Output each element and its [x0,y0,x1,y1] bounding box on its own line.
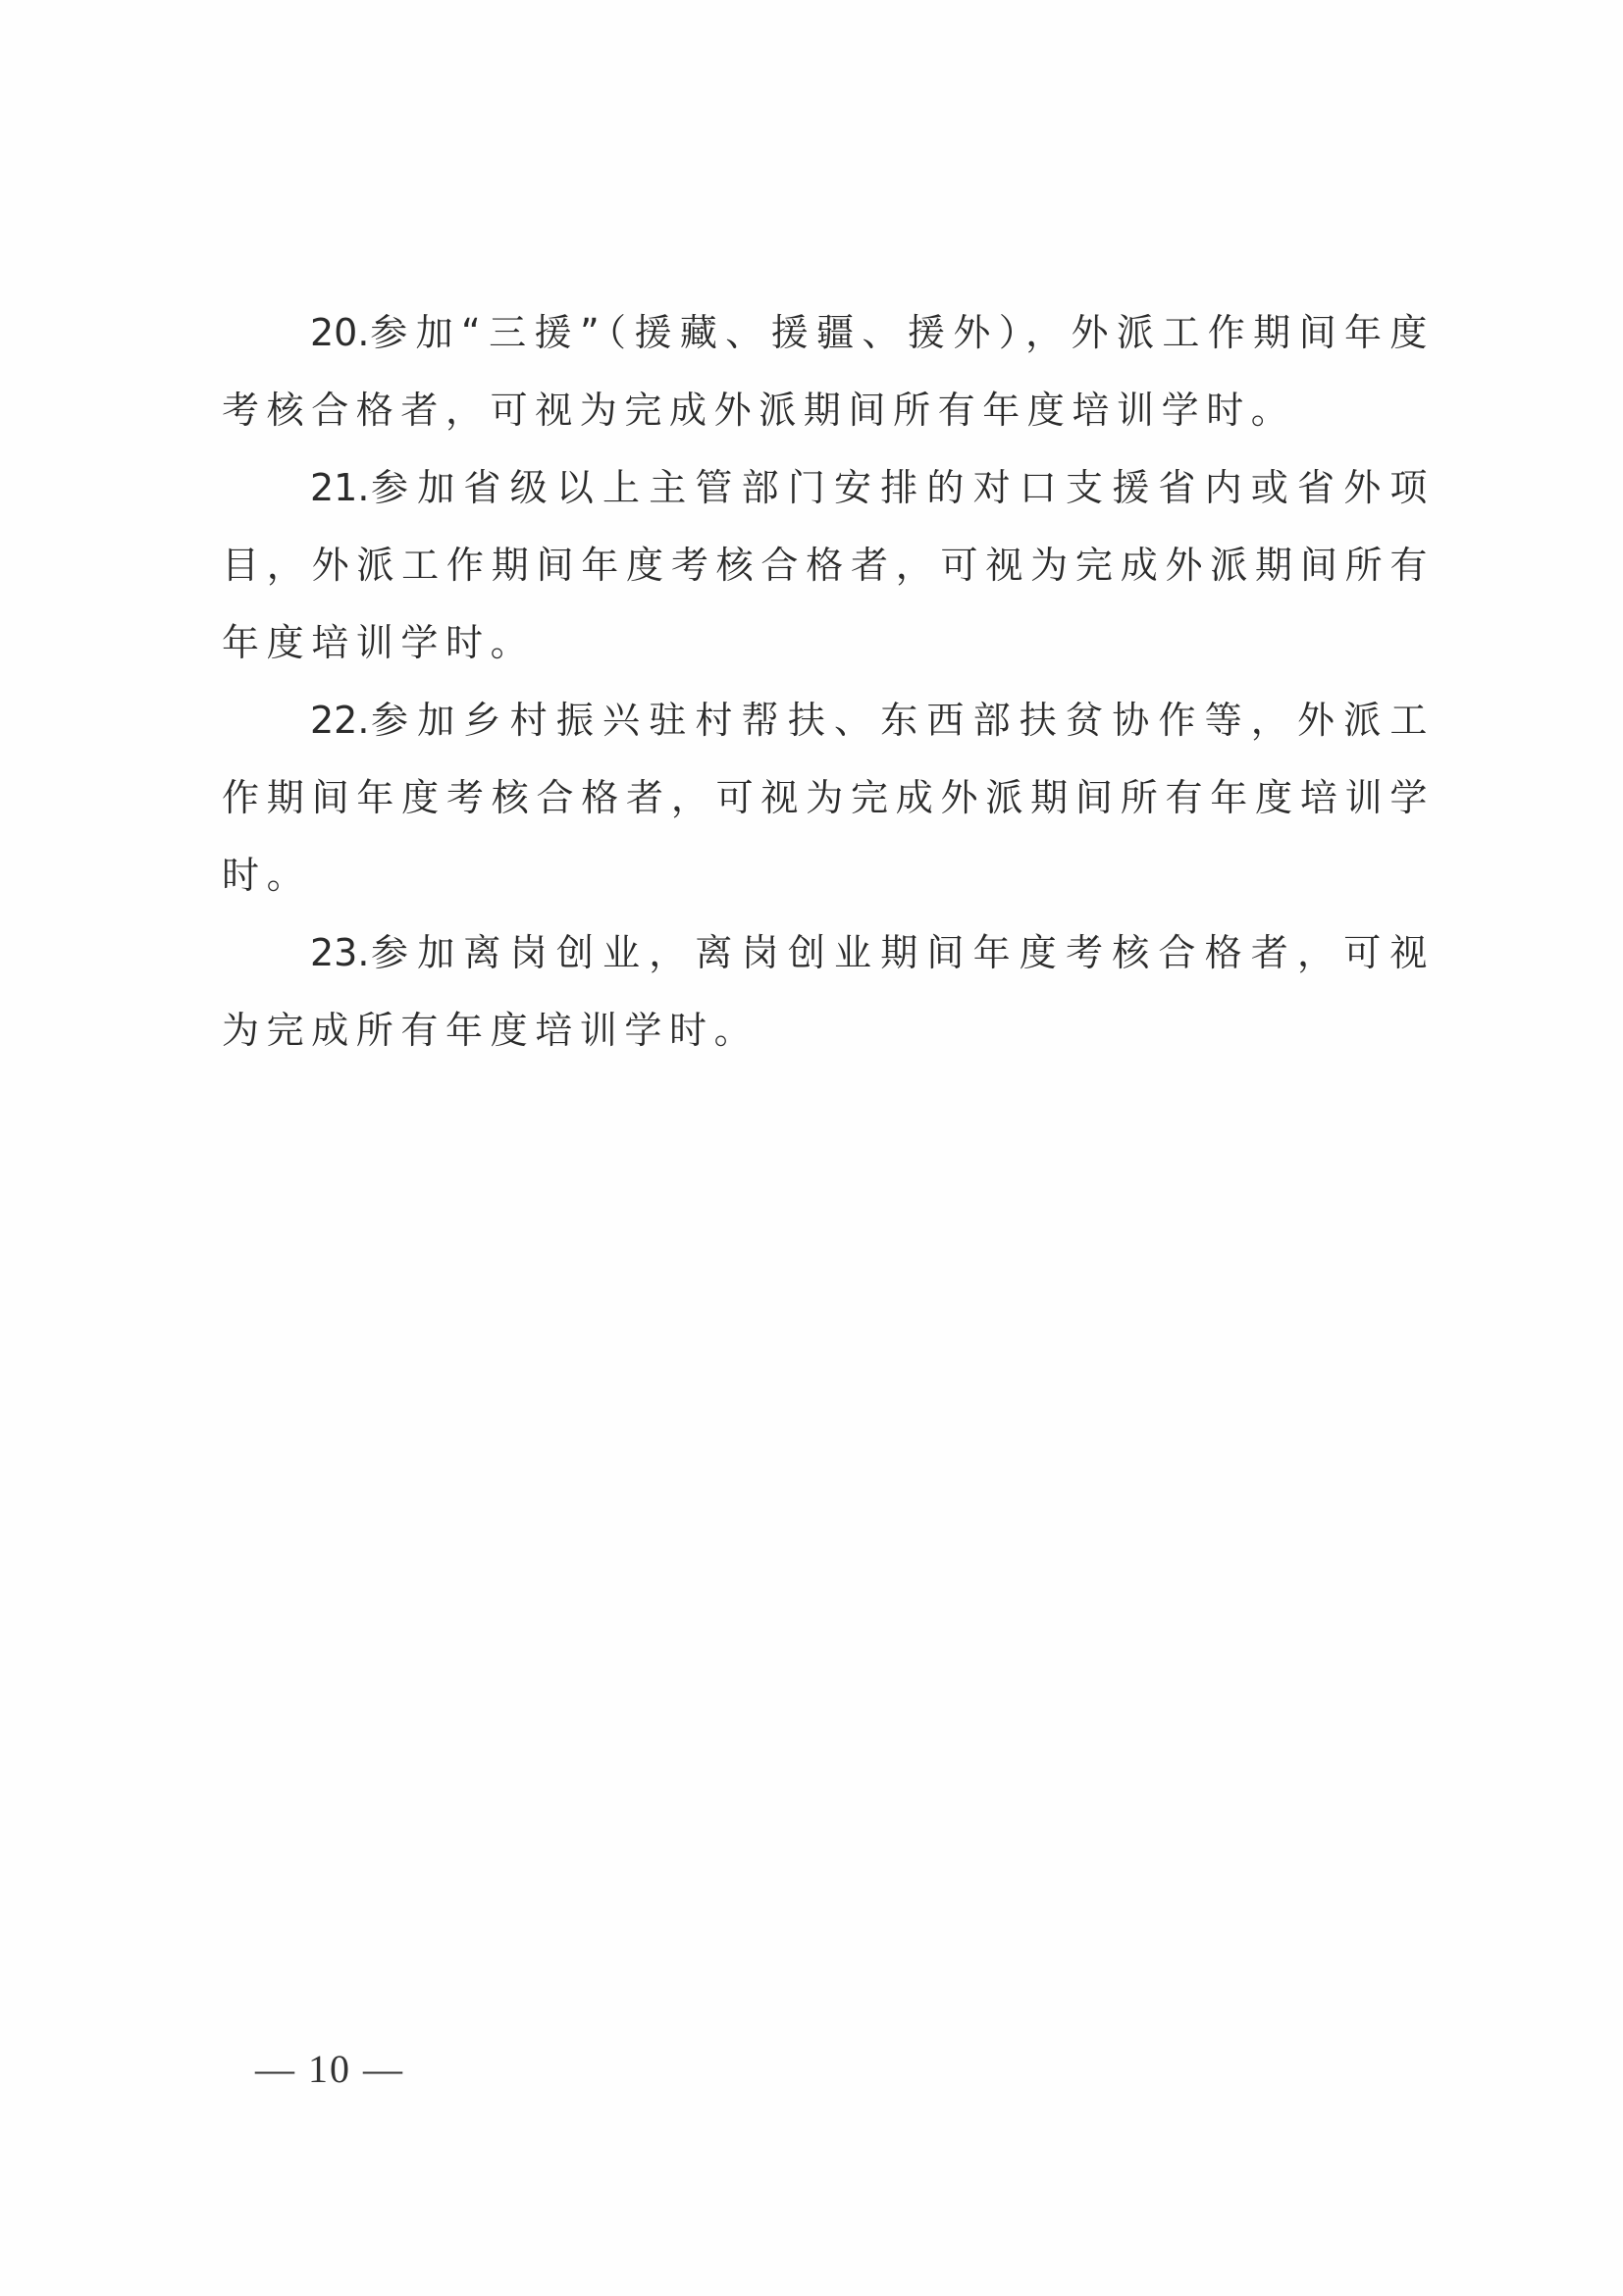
paragraph-item-20: 20.参加“三援”（援藏、援疆、援外），外派工作期间年度考核合格者，可视为完成外… [222,294,1435,449]
page-number: — 10 — [255,2046,404,2092]
item-text: 参加“三援”（援藏、援疆、援外），外派工作期间年度考核合格者，可视为完成外派期间… [222,311,1435,432]
item-number: 21. [310,466,369,509]
item-text: 参加乡村振兴驻村帮扶、东西部扶贫协作等，外派工作期间年度考核合格者，可视为完成外… [222,699,1435,897]
paragraph-item-21: 21.参加省级以上主管部门安排的对口支援省内或省外项目，外派工作期间年度考核合格… [222,449,1435,682]
item-number: 22. [310,699,369,742]
item-text: 参加离岗创业，离岗创业期间年度考核合格者，可视为完成所有年度培训学时。 [222,931,1435,1052]
document-page: 20.参加“三援”（援藏、援疆、援外），外派工作期间年度考核合格者，可视为完成外… [0,0,1623,2296]
paragraph-item-23: 23.参加离岗创业，离岗创业期间年度考核合格者，可视为完成所有年度培训学时。 [222,914,1435,1070]
item-text: 参加省级以上主管部门安排的对口支援省内或省外项目，外派工作期间年度考核合格者，可… [222,466,1435,664]
item-number: 23. [310,931,369,974]
document-body: 20.参加“三援”（援藏、援疆、援外），外派工作期间年度考核合格者，可视为完成外… [222,294,1435,1070]
paragraph-item-22: 22.参加乡村振兴驻村帮扶、东西部扶贫协作等，外派工作期间年度考核合格者，可视为… [222,682,1435,914]
item-number: 20. [310,311,369,354]
